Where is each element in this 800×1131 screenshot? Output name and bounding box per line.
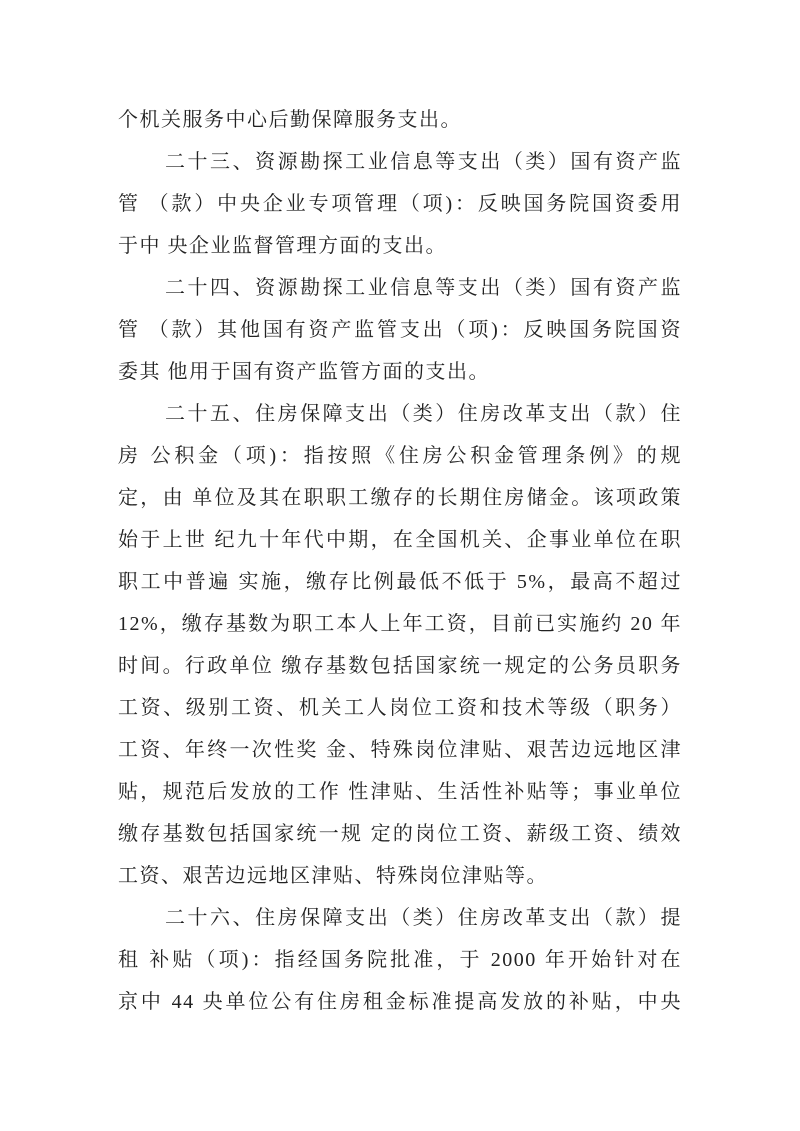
text-line: 始于上世 纪九十年代中期，在全国机关、企事业单位在职 [118, 519, 682, 561]
text-line: 房 公积金（项)：指按照《住房公积金管理条例》的规 [118, 435, 682, 477]
text-line: 管 （款）中央企业专项管理（项)：反映国务院国资委用 [118, 183, 682, 225]
paragraph-22-continuation: 个机关服务中心后勤保障服务支出。 [118, 99, 682, 141]
text-line: 工资、艰苦边远地区津贴、特殊岗位津贴等。 [118, 855, 682, 897]
text-line: 租 补贴（项)：指经国务院批准，于 2000 年开始针对在 [118, 939, 682, 981]
text-line: 时间。行政单位 缴存基数包括国家统一规定的公务员职务 [118, 645, 682, 687]
text-line: 缴存基数包括国家统一规 定的岗位工资、薪级工资、绩效 [118, 813, 682, 855]
text-line: 委其 他用于国有资产监管方面的支出。 [118, 351, 682, 393]
paragraph-25: 二十五、住房保障支出（类）住房改革支出（款）住房 公积金（项)：指按照《住房公积… [118, 393, 682, 897]
text-line: 工资、年终一次性奖 金、特殊岗位津贴、艰苦边远地区津 [118, 729, 682, 771]
text-line: 二十四、资源勘探工业信息等支出（类）国有资产监 [118, 267, 682, 309]
text-line: 定，由 单位及其在职职工缴存的长期住房储金。该项政策 [118, 477, 682, 519]
text-line: 12%，缴存基数为职工本人上年工资，目前已实施约 20 年 [118, 603, 682, 645]
text-line: 职工中普遍 实施，缴存比例最低不低于 5%，最高不超过 [118, 561, 682, 603]
text-line: 于中 央企业监督管理方面的支出。 [118, 225, 682, 267]
text-line: 二十五、住房保障支出（类）住房改革支出（款）住 [118, 393, 682, 435]
text-line: 管 （款）其他国有资产监管支出（项)：反映国务院国资 [118, 309, 682, 351]
paragraph-23: 二十三、资源勘探工业信息等支出（类）国有资产监管 （款）中央企业专项管理（项)：… [118, 141, 682, 267]
paragraph-24: 二十四、资源勘探工业信息等支出（类）国有资产监管 （款）其他国有资产监管支出（项… [118, 267, 682, 393]
text-line: 贴，规范后发放的工作 性津贴、生活性补贴等；事业单位 [118, 771, 682, 813]
text-line: 二十六、住房保障支出（类）住房改革支出（款）提 [118, 897, 682, 939]
text-line: 京中 44 央单位公有住房租金标准提高发放的补贴，中央 [118, 981, 682, 1023]
document-body: 个机关服务中心后勤保障服务支出。二十三、资源勘探工业信息等支出（类）国有资产监管… [118, 99, 682, 1023]
paragraph-26: 二十六、住房保障支出（类）住房改革支出（款）提租 补贴（项)：指经国务院批准，于… [118, 897, 682, 1023]
text-line: 二十三、资源勘探工业信息等支出（类）国有资产监 [118, 141, 682, 183]
text-line: 个机关服务中心后勤保障服务支出。 [118, 99, 682, 141]
text-line: 工资、级别工资、机关工人岗位工资和技术等级（职务） [118, 687, 682, 729]
document-page: 个机关服务中心后勤保障服务支出。二十三、资源勘探工业信息等支出（类）国有资产监管… [0, 0, 800, 1131]
